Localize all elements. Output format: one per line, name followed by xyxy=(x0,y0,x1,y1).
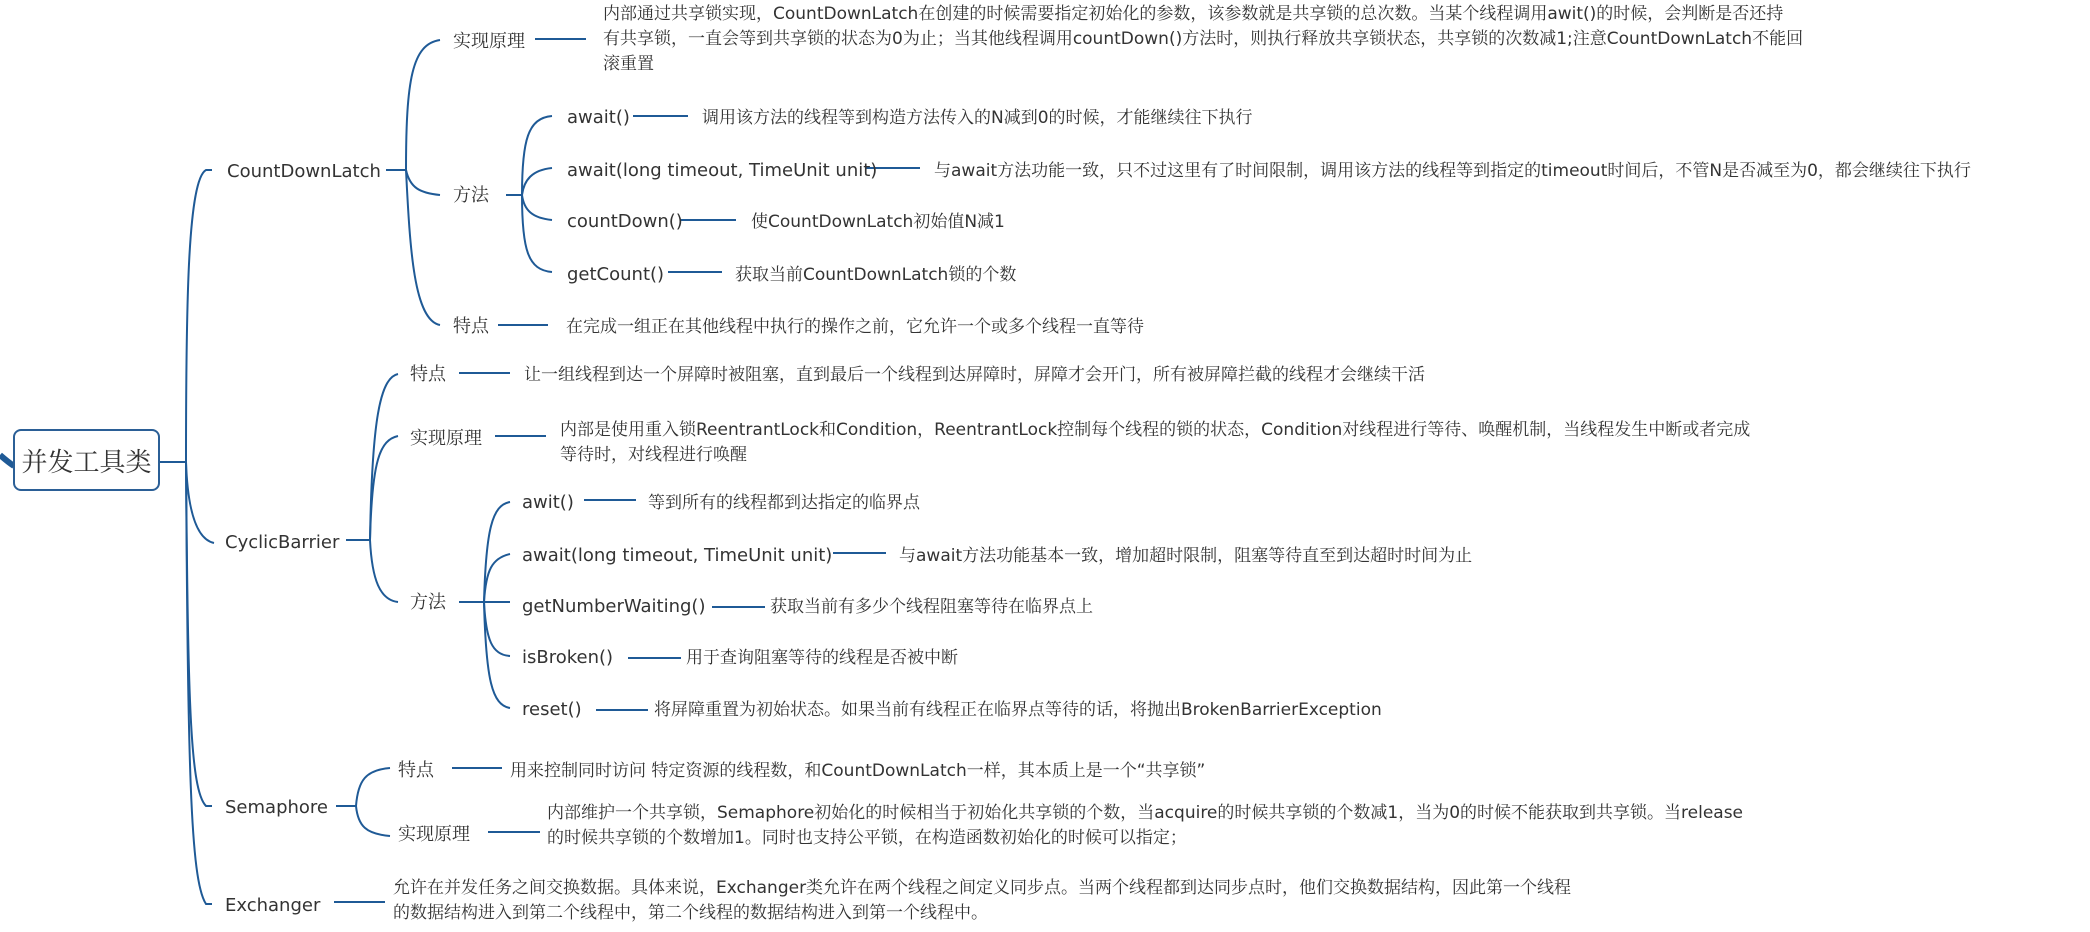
cb-method-awit-desc: 等到所有的线程都到达指定的临界点 xyxy=(648,491,920,516)
cdl-method-countdown-desc: 使CountDownLatch初始值N减1 xyxy=(751,210,1005,235)
cdl-method-await-desc: 调用该方法的线程等到构造方法传入的N减到0的时候，才能继续往下执行 xyxy=(702,106,1253,131)
exchanger-desc: 允许在并发任务之间交换数据。具体来说，Exchanger类允许在两个线程之间定义… xyxy=(393,876,1571,926)
desc-line: 允许在并发任务之间交换数据。具体来说，Exchanger类允许在两个线程之间定义… xyxy=(393,876,1571,901)
node-cdl-method-getcount[interactable]: getCount() xyxy=(567,263,664,287)
cb-principle-desc: 内部是使用重入锁ReentrantLock和Condition，Reentran… xyxy=(560,418,1750,468)
node-cb-principle[interactable]: 实现原理 xyxy=(410,427,482,451)
desc-line: 内部是使用重入锁ReentrantLock和Condition，Reentran… xyxy=(560,418,1750,443)
cb-method-getnumberwaiting-desc: 获取当前有多少个线程阻塞等待在临界点上 xyxy=(770,595,1093,620)
root-label: 并发工具类 xyxy=(21,442,151,479)
desc-line: 的数据结构进入到第二个线程中，第二个线程的数据结构进入到第一个线程中。 xyxy=(393,901,1571,926)
node-cdl-methods[interactable]: 方法 xyxy=(453,184,489,208)
node-cdl-method-await-timeout[interactable]: await(long timeout, TimeUnit unit) xyxy=(567,159,877,183)
node-sem-feature[interactable]: 特点 xyxy=(398,759,434,783)
node-cb-method-await-timeout[interactable]: await(long timeout, TimeUnit unit) xyxy=(522,544,832,568)
node-cb-feature[interactable]: 特点 xyxy=(410,363,446,387)
node-sem-principle[interactable]: 实现原理 xyxy=(398,823,470,847)
node-cb-method-isbroken[interactable]: isBroken() xyxy=(522,646,613,670)
node-cb-method-awit[interactable]: awit() xyxy=(522,491,574,515)
cb-method-isbroken-desc: 用于查询阻塞等待的线程是否被中断 xyxy=(686,646,958,671)
cdl-method-await-timeout-desc: 与await方法功能一致，只不过这里有了时间限制，调用该方法的线程等到指定的ti… xyxy=(934,159,1971,184)
desc-line: 内部通过共享锁实现，CountDownLatch在创建的时候需要指定初始化的参数… xyxy=(603,2,1803,27)
cdl-principle-desc: 内部通过共享锁实现，CountDownLatch在创建的时候需要指定初始化的参数… xyxy=(603,2,1803,77)
node-cb-method-reset[interactable]: reset() xyxy=(522,698,582,722)
desc-line: 等待时，对线程进行唤醒 xyxy=(560,443,1750,468)
desc-line: 内部维护一个共享锁，Semaphore初始化的时候相当于初始化共享锁的个数，当a… xyxy=(547,801,1743,826)
node-cyclicbarrier[interactable]: CyclicBarrier xyxy=(225,531,339,555)
node-cdl-principle[interactable]: 实现原理 xyxy=(453,30,525,54)
node-semaphore[interactable]: Semaphore xyxy=(225,796,328,820)
node-exchanger[interactable]: Exchanger xyxy=(225,894,320,918)
node-cb-methods[interactable]: 方法 xyxy=(410,591,446,615)
node-cdl-feature[interactable]: 特点 xyxy=(453,315,489,339)
root-node[interactable]: 并发工具类 xyxy=(13,429,160,491)
node-countdownlatch[interactable]: CountDownLatch xyxy=(227,160,381,184)
desc-line: 有共享锁，一直会等到共享锁的状态为0为止；当其他线程调用countDown()方… xyxy=(603,27,1803,52)
cb-feature-desc: 让一组线程到达一个屏障时被阻塞，直到最后一个线程到达屏障时，屏障才会开门，所有被… xyxy=(524,363,1425,388)
cdl-method-getcount-desc: 获取当前CountDownLatch锁的个数 xyxy=(735,263,1016,288)
desc-line: 滚重置 xyxy=(603,52,1803,77)
node-cdl-method-countdown[interactable]: countDown() xyxy=(567,210,683,234)
desc-line: 的时候共享锁的个数增加1。同时也支持公平锁，在构造函数初始化的时候可以指定； xyxy=(547,826,1743,851)
sem-feature-desc: 用来控制同时访问 特定资源的线程数，和CountDownLatch一样，其本质上… xyxy=(510,759,1205,784)
cb-method-await-timeout-desc: 与await方法功能基本一致，增加超时限制，阻塞等待直至到达超时时间为止 xyxy=(899,544,1472,569)
cdl-feature-desc: 在完成一组正在其他线程中执行的操作之前，它允许一个或多个线程一直等待 xyxy=(566,315,1144,340)
node-cb-method-getnumberwaiting[interactable]: getNumberWaiting() xyxy=(522,595,705,619)
node-cdl-method-await[interactable]: await() xyxy=(567,106,630,130)
sem-principle-desc: 内部维护一个共享锁，Semaphore初始化的时候相当于初始化共享锁的个数，当a… xyxy=(547,801,1743,851)
cb-method-reset-desc: 将屏障重置为初始状态。如果当前有线程正在临界点等待的话，将抛出BrokenBar… xyxy=(654,698,1382,723)
